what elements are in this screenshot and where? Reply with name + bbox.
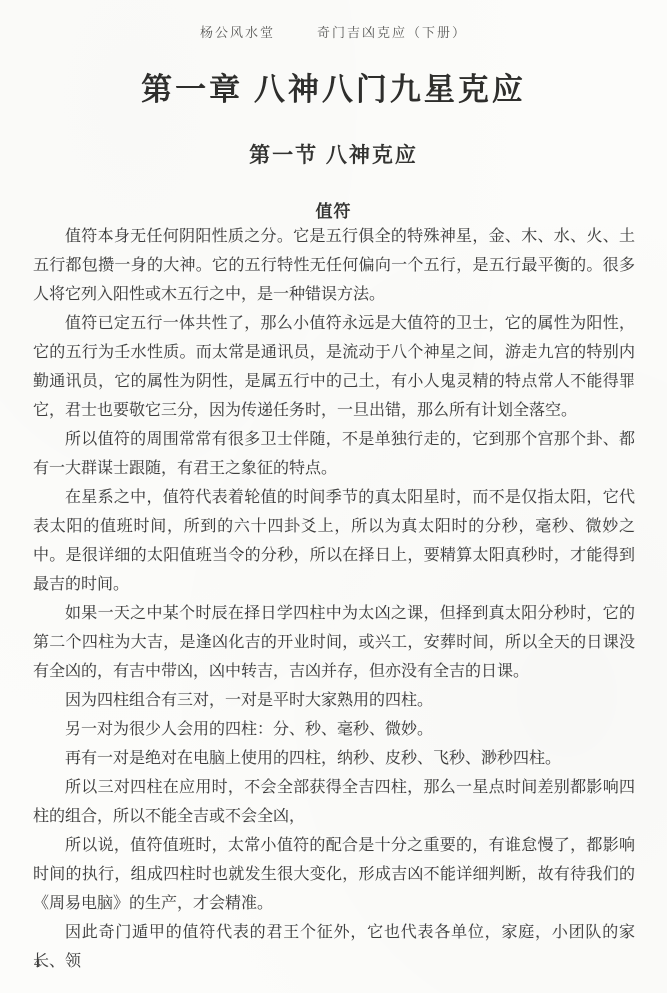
subsection-title: 值符 xyxy=(0,197,667,222)
chapter-title: 第一章 八神八门九星克应 xyxy=(0,64,667,109)
page-number: 4 xyxy=(34,955,41,971)
body-paragraph: 值符已定五行一体共性了，那么小值符永远是大值符的卫士，它的属性为阳性，它的五行为… xyxy=(33,309,635,425)
book-page: 杨公风水堂 奇门吉凶克应（下册） 第一章 八神八门九星克应 第一节 八神克应 值… xyxy=(0,0,667,993)
body-paragraph: 所以说，值符值班时，太常小值符的配合是十分之重要的，有谁怠慢了，都影响时间的执行… xyxy=(33,831,635,918)
running-head-book-title: 奇门吉凶克应（下册） xyxy=(317,22,467,41)
body-paragraph: 所以三对四柱在应用时，不会全部获得全吉四柱，那么一星点时间差别都影响四柱的组合，… xyxy=(33,773,635,831)
body-paragraph: 再有一对是绝对在电脑上使用的四柱，纳秒、皮秒、飞秒、渺秒四柱。 xyxy=(33,744,635,773)
body-paragraph: 另一对为很少人会用的四柱：分、秒、毫秒、微妙。 xyxy=(33,715,635,744)
body-paragraph: 值符本身无任何阴阳性质之分。它是五行俱全的特殊神星，金、木、水、火、土五行都包攒… xyxy=(33,222,635,309)
body-paragraph: 因此奇门遁甲的值符代表的君王个征外，它也代表各单位，家庭，小团队的家长、领 xyxy=(33,918,635,976)
body-text: 值符本身无任何阴阳性质之分。它是五行俱全的特殊神星，金、木、水、火、土五行都包攒… xyxy=(33,222,635,976)
body-paragraph: 如果一天之中某个时辰在择日学四柱中为太凶之课，但择到真太阳分秒时，它的第二个四柱… xyxy=(33,599,635,686)
body-paragraph: 在星系之中，值符代表着轮值的时间季节的真太阳星时，而不是仅指太阳，它代表太阳的值… xyxy=(33,483,635,599)
running-head: 杨公风水堂 奇门吉凶克应（下册） xyxy=(0,22,667,41)
section-title: 第一节 八神克应 xyxy=(0,139,667,169)
body-paragraph: 因为四柱组合有三对，一对是平时大家熟用的四柱。 xyxy=(33,686,635,715)
running-head-brand: 杨公风水堂 xyxy=(200,22,275,41)
body-paragraph: 所以值符的周围常常有很多卫士伴随，不是单独行走的，它到那个宫那个卦、都有一大群谋… xyxy=(33,425,635,483)
